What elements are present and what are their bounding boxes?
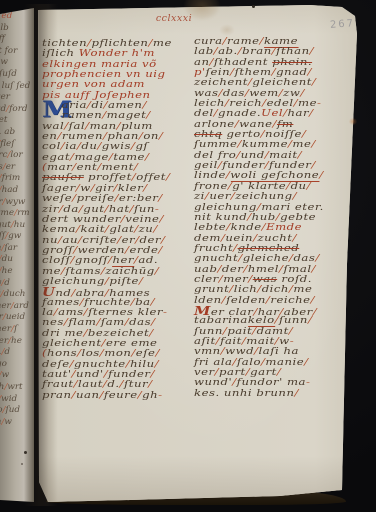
- virgule-separator: /: [289, 284, 293, 295]
- text-segment: Wonder h'm: [79, 48, 155, 59]
- facing-page-fragment: arc/lor: [0, 149, 34, 161]
- virgule-separator: /: [135, 235, 139, 246]
- text-segment: n/w: [0, 370, 9, 379]
- text-segment: col/ia/du/gwis/gſ: [42, 141, 148, 152]
- virgule-separator: /: [11, 324, 14, 333]
- text-segment: del fro/und/mait/: [194, 150, 302, 161]
- virgule-separator: /: [159, 131, 163, 142]
- text-segment: bet: [0, 115, 7, 124]
- text-segment: en/rumen/phan/on/: [42, 131, 163, 142]
- text-segment: d./d: [0, 347, 10, 356]
- manuscript-page: cclxxxi 267 tichten/pflichten/meiſlich W…: [34, 4, 364, 506]
- virgule-separator: /: [121, 214, 125, 225]
- virgule-separator: /: [226, 222, 230, 233]
- virgule-separator: /: [1, 289, 4, 298]
- virgule-separator: /: [109, 152, 113, 163]
- virgule-separator: /: [80, 297, 84, 308]
- virgule-separator: /: [148, 379, 152, 390]
- virgule-separator: -: [158, 390, 162, 401]
- virgule-separator: /: [99, 390, 103, 401]
- virgule-separator: /: [3, 312, 6, 321]
- text-segment: del/gnade.: [194, 108, 261, 119]
- text-segment: kema/kait/glat/zu/: [42, 224, 158, 235]
- text-segment: gerto/noiſſe/: [222, 129, 306, 140]
- text-segment: cler/mer/: [194, 274, 253, 285]
- text-segment: zir/da/gut/hat/ſun-: [42, 204, 159, 215]
- text-segment: p': [194, 67, 206, 78]
- virgule-separator: /: [102, 110, 106, 121]
- text-segment: mar/ent/ment/: [47, 162, 138, 173]
- text-segment: deſe/gnuchte/hilu/: [42, 359, 159, 370]
- facing-page-fragment: q/had: [0, 184, 34, 196]
- virgule-separator: /: [232, 377, 236, 388]
- text-segment: ro/ſud: [0, 405, 20, 414]
- text-segment: kes. unhi brunn/: [194, 388, 299, 399]
- virgule-separator: /: [238, 46, 242, 57]
- virgule-separator: /: [57, 131, 61, 142]
- virgule-separator: /: [3, 162, 6, 171]
- virgule-separator: /: [158, 193, 162, 204]
- virgule-separator: /: [70, 152, 74, 163]
- virgule-separator: /: [77, 348, 81, 359]
- text-segment: T luſ ſed: [0, 81, 30, 90]
- virgule-separator: /: [247, 212, 251, 223]
- virgule-separator: /: [272, 67, 276, 78]
- facing-page-fragment: bet: [0, 114, 34, 126]
- virgule-separator: /: [1, 243, 4, 252]
- virgule-separator: /: [293, 191, 297, 202]
- text-segment: dri me/bezeichet/: [42, 328, 154, 339]
- virgule-separator: /: [87, 100, 91, 111]
- virgule-separator: /: [125, 245, 129, 256]
- virgule-separator: /: [104, 204, 108, 215]
- text-column-left: tichten/pflichten/meiſlich Wonder h'melk…: [42, 39, 190, 401]
- text-segment: iſlich: [42, 48, 79, 59]
- virgule-separator: /: [236, 150, 240, 161]
- folio-number-pencil: 267: [330, 18, 356, 31]
- virgule-separator: /: [131, 141, 135, 152]
- virgule-separator: /: [139, 131, 143, 142]
- text-segment: nit kund/hub/gebte: [194, 212, 316, 223]
- virgule-separator: /: [166, 172, 170, 183]
- virgule-separator: /: [312, 264, 316, 275]
- text-segment: frucht/: [194, 243, 238, 254]
- text-segment: gleichung/mari eter.: [194, 202, 324, 213]
- virgule-separator: /: [257, 202, 261, 213]
- virgule-separator: /: [104, 369, 108, 380]
- virgule-separator: /: [226, 170, 230, 181]
- virgule-separator: /: [155, 359, 159, 370]
- text-segment: ſy/d: [0, 278, 10, 287]
- virgule-separator: /: [139, 276, 143, 287]
- text-segment: geil/funder/funder/: [194, 160, 316, 171]
- virgule-separator: /: [146, 110, 150, 121]
- virgule-separator: /: [235, 119, 239, 130]
- text-segment: roſd.: [277, 274, 312, 285]
- virgule-separator: /: [311, 160, 315, 171]
- text-segment: g/frim: [0, 173, 20, 182]
- facing-page-fragment: et for: [0, 45, 34, 57]
- text-segment: der/he: [0, 336, 22, 345]
- facing-page-fragment: r/fleſ: [0, 138, 34, 150]
- virgule-separator: /: [214, 46, 218, 57]
- text-segment: fraut/laut/d./ſtur/: [42, 379, 153, 390]
- virgule-separator: /: [214, 108, 218, 119]
- facing-page-fragment: ſy/d: [0, 277, 34, 289]
- virgule-separator: /: [215, 367, 219, 378]
- virgule-separator: /: [78, 235, 82, 246]
- virgule-separator: /: [125, 317, 129, 328]
- virgule-separator: /: [237, 139, 241, 150]
- virgule-separator: /: [149, 328, 153, 339]
- virgule-separator: /: [262, 98, 266, 109]
- manuscript-line: kes. unhi brunn/: [194, 389, 344, 399]
- text-segment: m/w: [0, 417, 12, 426]
- virgule-separator: /: [145, 152, 149, 163]
- virgule-separator: /: [117, 235, 121, 246]
- facing-page-fragment: /gut/hu: [0, 219, 34, 231]
- virgule-separator: /: [218, 88, 222, 99]
- illuminated-initial: M: [42, 101, 59, 121]
- virgule-separator: /: [216, 336, 220, 347]
- text-segment: s w: [0, 57, 8, 66]
- text-segment: f ſuſd: [0, 69, 17, 78]
- virgule-separator: /: [64, 317, 68, 328]
- text-segment: uſſ/gw: [0, 231, 21, 240]
- text-segment: ſunn/pait/damt/: [194, 326, 293, 337]
- facing-page-fragment: g ed: [0, 10, 34, 22]
- text-segment: vmn/wwd/laſi ha: [194, 346, 299, 357]
- virgule-separator: /: [132, 172, 136, 183]
- text-segment: tichten/pflichten/me: [42, 38, 172, 49]
- text-segment: /: [319, 170, 323, 181]
- virgule-separator: /: [231, 191, 235, 202]
- facing-page-fragment: /go: [0, 358, 34, 370]
- text-segment: dert wunder/veine/: [42, 214, 164, 225]
- text-segment: fm: [277, 119, 293, 130]
- text-segment: ur/ueid: [0, 312, 25, 321]
- virgule-separator: /: [279, 88, 283, 99]
- text-segment: was/das/wem/zw/: [194, 88, 305, 99]
- virgule-separator: /: [275, 336, 279, 347]
- manuscript-line: pran/uan/feure/gh-: [42, 391, 190, 401]
- virgule-separator: /: [218, 160, 222, 171]
- text-segment: nu/au/criſte/er/der/: [42, 235, 165, 246]
- text-segment: cura/rame/: [194, 36, 264, 47]
- virgule-separator: /: [70, 359, 74, 370]
- virgule-separator: /: [153, 224, 157, 235]
- virgule-separator: /: [265, 160, 269, 171]
- virgule-separator: /: [313, 307, 317, 318]
- virgule-separator: /: [248, 77, 252, 88]
- virgule-separator: /: [222, 295, 226, 306]
- text-segment: ſager/w/gir/kler/: [42, 183, 148, 194]
- facing-page-fragment: e/wid: [0, 393, 34, 405]
- virgule-separator: /: [209, 57, 213, 68]
- text-segment: gleichent/ere eme: [42, 338, 157, 349]
- virgule-separator: /: [72, 390, 76, 401]
- virgule-separator: /: [159, 214, 163, 225]
- virgule-separator: /: [300, 88, 304, 99]
- text-segment: aſit/fait/mait/w-: [194, 336, 294, 347]
- facing-page-fragment: s lb: [0, 22, 34, 34]
- virgule-separator: /: [223, 36, 227, 47]
- virgule-separator: /: [4, 382, 7, 391]
- text-segment: egat/mage/tame/: [42, 152, 149, 163]
- virgule-separator: /: [1, 347, 4, 356]
- virgule-separator: /: [70, 255, 74, 266]
- virgule-separator: /: [77, 141, 81, 152]
- virgule-separator: /: [7, 150, 10, 159]
- text-segment: w/duch: [0, 289, 25, 298]
- virgule-separator: /: [205, 191, 209, 202]
- virgule-separator: /: [266, 295, 270, 306]
- virgule-separator: /: [243, 264, 247, 275]
- text-segment: lab/ab./bran/ſthan/: [194, 46, 314, 57]
- virgule-separator: /: [72, 162, 76, 173]
- virgule-separator: /: [155, 266, 159, 277]
- virgule-separator: /: [261, 129, 265, 140]
- facing-page-text: g eds lbuffet fors wf ſuſdT luſ ſedwerwd…: [0, 10, 34, 427]
- text-segment: phein.: [272, 57, 312, 68]
- text-segment: pauſer: [42, 172, 84, 183]
- virgule-separator: /: [59, 204, 63, 215]
- virgule-separator: /: [294, 388, 298, 399]
- virgule-separator: /: [3, 405, 6, 414]
- virgule-separator: /: [73, 245, 77, 256]
- virgule-separator: /: [0, 370, 2, 379]
- virgule-separator: /: [315, 253, 319, 264]
- text-segment: et for: [0, 46, 17, 55]
- text-column-right: cura/rame/kamelab/ab./bran/ſthan/an/ſtha…: [194, 37, 344, 399]
- text-segment: /go: [0, 359, 7, 368]
- virgule-separator: /: [142, 100, 146, 111]
- text-segment: proffet/offet/: [84, 172, 171, 183]
- text-segment: mer/ard: [0, 301, 29, 310]
- text-segment: /her/ſ: [0, 324, 17, 333]
- manuscript-photo: g eds lbuffet fors wf ſuſdT luſ ſedwerwd…: [0, 0, 376, 512]
- virgule-separator: /: [134, 224, 138, 235]
- text-segment: gnucht/gleiche/das/: [194, 253, 320, 264]
- virgule-separator: /: [151, 297, 155, 308]
- virgule-separator: /: [151, 317, 155, 328]
- text-segment: arc/lor: [0, 150, 23, 159]
- facing-page-fragment: uh/wrt: [0, 381, 34, 393]
- text-segment: hons/los/mon/eſe/: [47, 348, 160, 359]
- facing-page-fragment: n/w: [0, 369, 34, 381]
- virgule-separator: /: [261, 357, 265, 368]
- virgule-separator: /: [311, 295, 315, 306]
- text-segment: an/ſthadent: [194, 57, 272, 68]
- text-segment: /har/: [283, 108, 313, 119]
- facing-page-fragment: f ſuſd: [0, 68, 34, 80]
- virgule-separator: /: [58, 235, 62, 246]
- virgule-separator: /: [11, 301, 14, 310]
- virgule-separator: /: [1, 278, 4, 287]
- manuscript-line: gleichung/piſte/: [42, 277, 190, 287]
- virgule-separator: /: [219, 274, 223, 285]
- virgule-separator: /: [54, 307, 58, 318]
- text-segment: /ſunn/: [275, 315, 313, 326]
- virgule-separator: /: [158, 245, 162, 256]
- facing-page-fragment: ro/ſud: [0, 404, 34, 416]
- virgule-separator: /: [105, 276, 109, 287]
- facing-page-fragment: d./d: [0, 346, 34, 358]
- text-segment: fri ala/ſalo/manie/: [194, 357, 309, 368]
- virgule-separator: /: [312, 77, 316, 88]
- facing-page-fragment: mer/ard: [0, 300, 34, 312]
- virgule-separator: /: [294, 98, 298, 109]
- text-segment: grunt/lich/dich/me: [194, 284, 312, 295]
- virgule-separator: /: [0, 185, 2, 194]
- text-segment: taut'/und'/funder/: [42, 369, 155, 380]
- text-segment: groſſ/werden/erde/: [42, 245, 163, 256]
- virgule-separator: /: [311, 139, 315, 150]
- virgule-separator: /: [2, 197, 5, 206]
- facing-page-fragment: uſſ/gw: [0, 230, 34, 242]
- text-segment: urgen von adam: [42, 79, 145, 90]
- text-segment: dem/uein/zucht/: [194, 233, 297, 244]
- virgule-separator: /: [0, 254, 2, 263]
- facing-page-fragment: wd/ford: [0, 103, 34, 115]
- text-segment: Emde: [266, 222, 302, 233]
- virgule-separator: /: [229, 284, 233, 295]
- virgule-separator: /: [11, 220, 14, 229]
- virgule-separator: /: [276, 212, 280, 223]
- virgule-separator: /: [72, 193, 76, 204]
- virgule-separator: /: [254, 346, 258, 357]
- text-segment: wme/rm: [0, 208, 30, 217]
- virgule-separator: /: [245, 88, 249, 99]
- virgule-separator: /: [97, 162, 101, 173]
- virgule-separator: /: [72, 369, 76, 380]
- virgule-separator: /: [252, 326, 256, 337]
- virgule-separator: /: [232, 357, 236, 368]
- virgule-separator: /: [148, 38, 152, 49]
- virgule-separator: /: [104, 100, 108, 111]
- virgule-separator: /: [292, 233, 296, 244]
- text-segment: linde/: [194, 170, 230, 181]
- virgule-separator: /: [76, 183, 80, 194]
- virgule-separator: /: [96, 317, 100, 328]
- facing-page-fragment: es/er: [0, 161, 34, 173]
- text-segment: aria/di/amen/: [62, 100, 147, 111]
- page-heading-roman-numeral: cclxxxi: [142, 13, 206, 24]
- facing-page-fragment: d/du: [0, 253, 34, 265]
- facing-page-fragment: d. ab: [0, 126, 34, 138]
- text-segment: frone/g' klarte/du/: [194, 181, 311, 192]
- text-segment: glemched: [238, 243, 300, 254]
- virgule-separator: /: [134, 162, 138, 173]
- facing-page-fragment: s w: [0, 56, 34, 68]
- text-segment: arlone/wane/: [194, 119, 277, 130]
- text-segment: es/er: [0, 162, 15, 171]
- virgule-separator: -: [155, 204, 159, 215]
- text-segment: g ed: [0, 11, 12, 20]
- text-segment: d. ab: [0, 127, 15, 136]
- virgule-separator: /: [87, 38, 91, 49]
- virgule-separator: /: [130, 204, 134, 215]
- text-segment: chtq: [194, 129, 222, 140]
- virgule-separator: /: [5, 231, 8, 240]
- virgule-separator: /: [14, 208, 17, 217]
- virgule-separator: /: [310, 46, 314, 57]
- text-segment: la/ams/ſternes kler-: [42, 307, 167, 318]
- text-segment: ramen/maget/: [62, 110, 151, 121]
- facing-page-fragment: ur/ueid: [0, 311, 34, 323]
- virgule-separator: /: [279, 264, 283, 275]
- facing-page-fragment: g/frim: [0, 172, 34, 184]
- virgule-separator: /: [103, 379, 107, 390]
- manuscript-line: lden/ſelden/reiche/: [194, 296, 344, 306]
- virgule-separator: /: [225, 98, 229, 109]
- virgule-separator: /: [85, 121, 89, 132]
- virgule-separator: /: [221, 233, 225, 244]
- virgule-separator: /: [8, 336, 11, 345]
- virgule-separator: /: [61, 266, 65, 277]
- virgule-separator: /: [61, 141, 65, 152]
- virgule-separator: /: [1, 417, 4, 426]
- virgule-separator: /: [100, 348, 104, 359]
- virgule-separator: /: [246, 367, 250, 378]
- virgule-separator: /: [275, 315, 279, 326]
- text-segment: zi/uer/zeichung/: [194, 191, 297, 202]
- virgule-separator: /: [257, 284, 261, 295]
- text-segment: lebte/knde/: [194, 222, 266, 233]
- virgule-separator: /: [161, 235, 165, 246]
- text-segment: fames/fruchte/ba/: [42, 297, 155, 308]
- virgule-separator: /: [113, 183, 117, 194]
- text-segment: s lb: [0, 23, 9, 32]
- virgule-separator: /: [289, 253, 293, 264]
- virgule-separator: /: [304, 357, 308, 368]
- text-segment: er/wyw: [0, 197, 25, 206]
- facing-page-fragment: er/wyw: [0, 196, 34, 208]
- virgule-separator: /: [120, 379, 124, 390]
- text-segment: uab/der/hmel/ſmal/: [194, 264, 316, 275]
- virgule-separator: /: [83, 328, 87, 339]
- text-segment: r/fleſ: [0, 139, 15, 148]
- text-segment: uh/wrt: [0, 382, 23, 391]
- text-segment: was: [253, 274, 277, 285]
- virgule-separator: /: [105, 224, 109, 235]
- virgule-separator: /: [286, 181, 290, 192]
- virgule-separator: -: [290, 336, 294, 347]
- virgule-separator: /: [101, 266, 105, 277]
- virgule-separator: /: [0, 394, 1, 403]
- virgule-separator: /: [91, 183, 95, 194]
- virgule-separator: /: [221, 346, 225, 357]
- virgule-separator: /: [74, 379, 78, 390]
- facing-page-fragment: uff: [0, 33, 34, 45]
- virgule-separator: /: [150, 369, 154, 380]
- virgule-separator: /: [138, 390, 142, 401]
- virgule-separator: /: [223, 326, 227, 337]
- text-segment: e/wid: [0, 394, 17, 403]
- virgule-separator: /: [272, 46, 276, 57]
- virgule-separator: /: [319, 170, 323, 181]
- text-segment: wer: [0, 92, 10, 101]
- text-segment: uff: [0, 34, 5, 43]
- virgule-separator: /: [79, 204, 83, 215]
- virgule-separator: /: [283, 108, 287, 119]
- virgule-separator: /: [155, 348, 159, 359]
- facing-page-fragment: T luſ ſed: [0, 80, 34, 92]
- text-segment: ſein/ſthem/gnad/: [206, 67, 312, 78]
- virgule-separator: /: [228, 181, 232, 192]
- virgule-separator: /: [76, 224, 80, 235]
- virgule-separator: /: [302, 129, 306, 140]
